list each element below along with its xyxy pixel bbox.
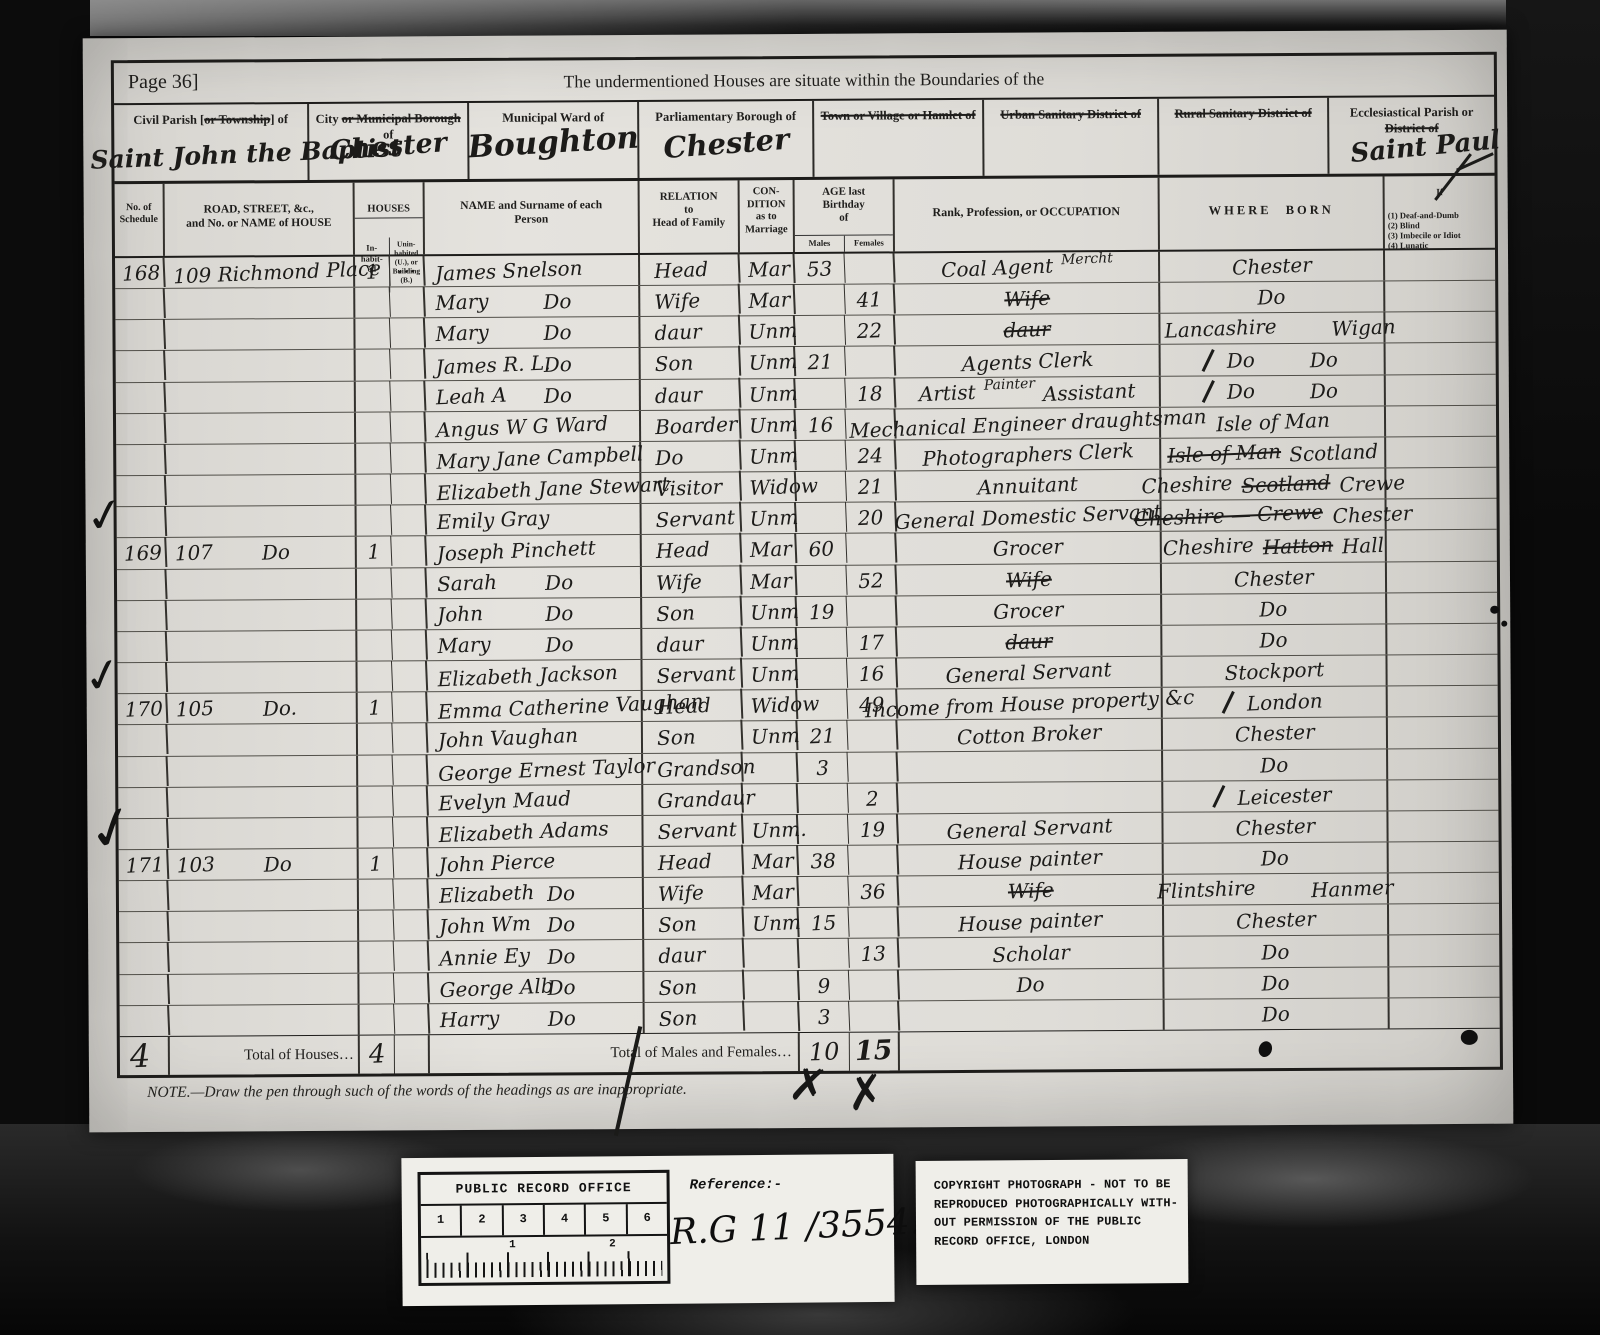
- cell-uninhabited: [391, 505, 427, 537]
- cell-road: [168, 786, 358, 817]
- cell-age-female: 18: [845, 377, 896, 409]
- header-age: AGE last Birthday of Males Females: [795, 179, 895, 252]
- cell-schedule: [118, 880, 169, 912]
- name-text: Mary: [437, 630, 491, 660]
- born-text2: Do: [1260, 750, 1289, 779]
- cell-relation: Son: [644, 969, 745, 1003]
- district-municipal-ward: Municipal Ward of Boughton: [469, 102, 639, 179]
- header-age-label: AGE last Birthday of: [795, 179, 893, 235]
- cell-name: Emily Gray: [427, 504, 642, 535]
- cell-age-male: [796, 440, 847, 472]
- cell-condition: Widow: [741, 471, 797, 503]
- cell-infirmities: [1389, 966, 1499, 997]
- cell-condition: Unm: [742, 720, 798, 752]
- name-ditto: Do: [543, 381, 572, 410]
- cell-name: Mary Jane Campbell: [426, 442, 641, 473]
- name-ditto: Do: [547, 973, 576, 1002]
- cell-infirmities: [1388, 811, 1498, 842]
- census-page: Page 36] The undermentioned Houses are s…: [83, 30, 1514, 1133]
- name-text: Mary: [435, 287, 489, 317]
- cell-infirmities: [1387, 592, 1497, 623]
- cell-road: [169, 880, 359, 911]
- cell-name: Elizabeth Adams: [428, 816, 643, 847]
- cell-road: [166, 444, 356, 475]
- cell-relation: Servant: [643, 813, 744, 847]
- cell-relation: Son: [644, 907, 745, 941]
- cell-condition: Unm: [742, 596, 798, 628]
- cell-schedule: [116, 475, 167, 507]
- cell-age-male: [798, 814, 849, 846]
- cell-name: George Alb Do: [429, 972, 644, 1003]
- cell-road: [167, 506, 357, 537]
- born-text2: Do: [1226, 345, 1255, 374]
- cell-uninhabited: [391, 536, 427, 568]
- cell-uninhabited: [391, 443, 427, 475]
- name-ditto: Do: [545, 630, 574, 659]
- cell-age-female: [848, 907, 899, 939]
- cell-road: [169, 942, 359, 973]
- cell-name: Mary Do: [425, 317, 640, 348]
- cell-relation: Visitor: [641, 471, 742, 505]
- cell-age-male: [797, 689, 848, 721]
- reference-value-handwritten: R.G 11 /3554.: [669, 1201, 922, 1253]
- road-text: 109 Richmond Place: [173, 254, 382, 291]
- cell-uninhabited: [390, 287, 426, 319]
- cell-infirmities: [1385, 312, 1495, 343]
- cell-schedule: [117, 724, 168, 756]
- cell-infirmities: [1388, 779, 1498, 810]
- cell-road: [167, 662, 357, 693]
- district-header-row: Civil Parish [or Township] of Saint John…: [114, 97, 1494, 184]
- name-text: Mary: [435, 318, 489, 348]
- name-text: Joseph Pinchett: [436, 534, 596, 568]
- occupation-text: General Servant: [946, 811, 1113, 846]
- cell-inhabited: [357, 661, 393, 693]
- cell-condition: Mar: [740, 253, 796, 285]
- born-struck: Isle of Man: [1166, 437, 1281, 470]
- cell-schedule: [115, 350, 166, 382]
- cell-born: Do: [1162, 624, 1387, 656]
- road-text: 105: [175, 694, 214, 724]
- cell-road: [166, 475, 356, 506]
- born-text: Cheshire: [1141, 469, 1233, 501]
- cell-inhabited: [355, 318, 391, 350]
- cell-name: Elizabeth Do: [429, 878, 644, 909]
- cell-age-female: 2: [848, 782, 899, 814]
- cell-condition: Unm: [740, 315, 796, 347]
- cell-uninhabited: [392, 661, 428, 693]
- cell-name: Elizabeth Jane Stewart: [426, 473, 641, 504]
- district-town-village: Town or Village or Hamlet of: [814, 100, 984, 177]
- cell-age-female: [847, 595, 898, 627]
- born-text2: Chester: [1231, 251, 1312, 282]
- occupation-struck: Wife: [1005, 564, 1052, 594]
- cell-inhabited: [355, 349, 391, 381]
- cell-uninhabited: [392, 630, 428, 662]
- road-text: 103: [176, 850, 215, 880]
- cell-age-female: [844, 253, 895, 285]
- cell-born: Do: [1162, 593, 1387, 625]
- cell-schedule: [119, 974, 170, 1006]
- cell-age-male: 38: [798, 845, 849, 877]
- cell-infirmities: [1389, 904, 1499, 935]
- cross-mark: ✗: [786, 1056, 831, 1115]
- cell-uninhabited: [393, 754, 429, 786]
- name-ditto: Do: [547, 941, 576, 970]
- cell-age-female: 41: [845, 284, 896, 316]
- cell-occupation: [900, 1000, 1165, 1032]
- cell-age-male: [796, 564, 847, 596]
- born-text2: Do: [1261, 968, 1290, 997]
- page-title: The undermentioned Houses are situate wi…: [114, 66, 1494, 95]
- born-text2: Stockport: [1224, 655, 1325, 687]
- cell-name: Evelyn Maud: [428, 785, 643, 816]
- header-where-born: WHERE BORN: [1160, 176, 1385, 249]
- born-struck: Hatton: [1262, 531, 1333, 562]
- district-label: Civil Parish [or Township] of: [114, 111, 307, 128]
- cell-schedule: 168: [115, 257, 166, 289]
- cell-name: John Vaughan: [428, 722, 643, 753]
- occupation-text: House painter: [958, 905, 1103, 939]
- cell-condition: Mar: [741, 533, 797, 565]
- cell-road: [167, 631, 357, 662]
- cell-name: Joseph Pinchett: [427, 535, 642, 566]
- cell-condition: [744, 970, 800, 1002]
- name-text: Sarah: [436, 567, 497, 597]
- cell-name: Mary Do: [425, 286, 640, 317]
- cell-born: Do: [1160, 282, 1385, 314]
- cell-inhabited: 1: [357, 692, 393, 724]
- born-text2: Leicester: [1237, 780, 1332, 812]
- cell-inhabited: [355, 381, 391, 413]
- cell-condition: Mar: [743, 845, 799, 877]
- born-ditto: Do: [1309, 345, 1338, 374]
- born-struck: Scotland: [1241, 468, 1331, 500]
- name-text: George Ernest Taylor: [438, 751, 656, 788]
- cell-relation: Head: [643, 845, 744, 879]
- cell-born: Chester: [1163, 718, 1388, 750]
- header-road: ROAD, STREET, &c., and No. or NAME of HO…: [165, 183, 355, 256]
- cell-age-male: 21: [797, 720, 848, 752]
- cell-age-male: [799, 938, 850, 970]
- occupation-text: Coal Agent: [940, 252, 1053, 285]
- cell-uninhabited: [394, 1003, 430, 1035]
- inch-number: 1: [509, 1239, 516, 1251]
- cell-age-female: 22: [845, 315, 896, 347]
- cell-uninhabited: [393, 785, 429, 817]
- cell-age-male: 15: [798, 907, 849, 939]
- cell-name: John Do: [427, 598, 642, 629]
- cell-age-male: 3: [798, 751, 849, 783]
- born-text2: Chester: [1235, 811, 1316, 842]
- occupation-text: Scholar: [991, 938, 1070, 969]
- born-text2: Chester: [1235, 905, 1316, 936]
- cell-schedule: [115, 382, 166, 414]
- cell-uninhabited: [392, 598, 428, 630]
- cell-schedule: [115, 288, 166, 320]
- cell-road: [170, 1004, 360, 1035]
- cell-inhabited: [356, 474, 392, 506]
- name-text: John Wm: [439, 909, 532, 941]
- cell-relation: Wife: [641, 564, 742, 598]
- cell-born: Isle of Man Scotland: [1161, 437, 1386, 469]
- born-text2: Hall: [1341, 531, 1384, 561]
- name-ditto: Do: [547, 1004, 576, 1033]
- cell-schedule: [116, 444, 167, 476]
- born-text2: Do: [1226, 376, 1255, 405]
- cell-infirmities: [1389, 873, 1499, 904]
- cell-uninhabited: [393, 879, 429, 911]
- cell-infirmities: [1387, 561, 1497, 592]
- ink-spot: [1490, 606, 1499, 614]
- cell-age-male: 19: [797, 596, 848, 628]
- cell-age-female: [849, 969, 900, 1001]
- cell-age-female: 20: [846, 502, 897, 534]
- name-ditto: Do: [546, 879, 575, 908]
- cell-born: Chester: [1163, 811, 1388, 843]
- occupation-text: General Servant: [946, 655, 1113, 690]
- born-text2: Do: [1257, 283, 1286, 312]
- cell-inhabited: [356, 505, 392, 537]
- cell-inhabited: [358, 754, 394, 786]
- cell-road: [168, 818, 358, 849]
- born-ditto: Do: [1309, 376, 1338, 405]
- born-struck: Cheshire — Crewe: [1134, 498, 1324, 534]
- cell-road: 103 Do: [169, 849, 359, 880]
- occupation-struck: Wife: [1007, 876, 1054, 906]
- cell-age-male: [795, 315, 846, 347]
- cell-relation: Grandaur: [643, 782, 744, 816]
- cell-condition: Unm: [742, 627, 798, 659]
- cell-relation: Son: [642, 595, 743, 629]
- name-text: James R. L.: [435, 348, 551, 381]
- cell-relation: Head: [641, 533, 742, 567]
- cell-born: Do: [1164, 936, 1389, 968]
- table-body: 168 109 Richmond Place 1 ··· James Snels…: [115, 250, 1500, 1036]
- born-text2: Crewe: [1339, 468, 1406, 499]
- cell-inhabited: 1: [358, 848, 394, 880]
- cell-infirmities: [1386, 406, 1496, 437]
- cell-infirmities: [1386, 374, 1496, 405]
- cell-relation: Head: [642, 689, 743, 723]
- cell-road: [165, 288, 355, 319]
- header-condition: CON- DITION as to Marriage: [740, 180, 795, 252]
- name-ditto: Do: [543, 318, 572, 347]
- cell-infirmities: [1389, 842, 1499, 873]
- totals-males-females-label: Total of Males and Females…: [430, 1033, 800, 1073]
- footnote: NOTE.—Draw the pen through such of the w…: [147, 1081, 687, 1102]
- pen-mark: [1221, 691, 1234, 714]
- pen-mark: [1202, 349, 1215, 372]
- road-ditto: Do: [261, 538, 290, 567]
- cell-relation: Boarder: [640, 408, 741, 442]
- name-text: James Snelson: [435, 254, 583, 288]
- cell-name: Sarah Do: [427, 567, 642, 598]
- name-text: Leah A: [435, 380, 507, 411]
- header-infirmities-items: (1) Deaf-and-Dumb (2) Blind (3) Imbecile…: [1388, 210, 1492, 251]
- cell-age-female: 16: [847, 658, 898, 690]
- district-urban-sanitary: Urban Sanitary District of: [984, 99, 1159, 176]
- cell-condition: [744, 1001, 800, 1033]
- cell-uninhabited: [390, 318, 426, 350]
- cell-born: Cheshire — Crewe Chester: [1162, 500, 1387, 532]
- cell-name: Mary Do: [427, 629, 642, 660]
- cell-name: George Ernest Taylor: [428, 753, 643, 784]
- name-text: Evelyn Maud: [438, 784, 572, 817]
- cell-condition: Mar: [743, 876, 799, 908]
- district-label: Urban Sanitary District of: [984, 106, 1157, 123]
- cell-inhabited: [355, 287, 391, 319]
- cell-uninhabited: [392, 692, 428, 724]
- road-text: 107: [174, 538, 213, 568]
- cell-road: [166, 412, 356, 443]
- cell-condition: Unm: [740, 409, 796, 441]
- cell-relation: Do: [641, 440, 742, 474]
- pro-scale-numbers: 1 2 3 4 5 6: [421, 1204, 667, 1238]
- cell-relation: daur: [642, 626, 743, 660]
- cell-uninhabited: [393, 816, 429, 848]
- cell-occupation: General Servant: [897, 657, 1162, 689]
- copyright-text: COPYRIGHT PHOTOGRAPH - NOT TO BE REPRODU…: [934, 1175, 1189, 1251]
- cell-occupation: Photographers Clerk: [896, 439, 1161, 471]
- cell-name: John Wm Do: [429, 909, 644, 940]
- reference-label: Reference:-: [690, 1177, 783, 1194]
- cell-inhabited: 1: [356, 536, 392, 568]
- scale-number: 6: [627, 1204, 667, 1234]
- cell-relation: Head: [640, 253, 741, 287]
- header-relation: RELATION to Head of Family: [640, 180, 740, 253]
- cell-inhabited: [359, 941, 395, 973]
- cell-schedule: [118, 755, 169, 787]
- cell-occupation: daur: [897, 626, 1162, 658]
- cell-relation: Son: [640, 346, 741, 380]
- cell-uninhabited: [393, 910, 429, 942]
- cell-infirmities: [1388, 686, 1498, 717]
- pro-ruler-box: PUBLIC RECORD OFFICE 1 2 3 4 5 6 1 2: [417, 1170, 670, 1286]
- cell-condition: [744, 938, 800, 970]
- born-text2: Do: [1261, 844, 1290, 873]
- scale-number: 2: [462, 1205, 504, 1235]
- cell-inhabited: [358, 786, 394, 818]
- cell-inhabited: 1: [354, 256, 390, 288]
- cell-born: Cheshire Scotland Crewe: [1161, 468, 1386, 500]
- cell-schedule: [115, 319, 166, 351]
- cell-inhabited: [359, 972, 395, 1004]
- district-rural-sanitary: Rural Sanitary District of: [1159, 98, 1329, 175]
- inch-number: 2: [609, 1238, 616, 1250]
- cell-born: Flintshire Hanmer: [1164, 874, 1389, 906]
- name-text: Elizabeth Jackson: [437, 658, 618, 693]
- born-text2: Chester: [1233, 562, 1314, 593]
- road-ditto: Do: [263, 850, 292, 879]
- cell-occupation: Grocer: [897, 532, 1162, 564]
- occupation-text: Do: [1016, 970, 1045, 999]
- cell-name: James Snelson: [425, 255, 640, 286]
- cell-road: [165, 319, 355, 350]
- cell-uninhabited: [390, 349, 426, 381]
- cell-infirmities: [1387, 624, 1497, 655]
- cell-born: Do Do: [1161, 344, 1386, 376]
- cell-uninhabited: [393, 848, 429, 880]
- cell-infirmities: [1388, 748, 1498, 779]
- occupation-text: General Domestic Servant: [894, 497, 1162, 536]
- cell-age-male: 21: [795, 346, 846, 378]
- scale-number: 3: [503, 1205, 545, 1235]
- cell-condition: Mar: [741, 565, 797, 597]
- cell-born: Chester: [1164, 905, 1389, 937]
- cell-road: 105 Do.: [168, 693, 358, 724]
- cell-infirmities: [1389, 935, 1499, 966]
- occupation-text: Annuitant: [977, 470, 1078, 502]
- cell-relation: daur: [640, 315, 741, 349]
- cell-infirmities: [1387, 530, 1497, 561]
- cell-occupation: Annuitant: [896, 470, 1161, 502]
- name-text: Harry: [439, 1004, 500, 1034]
- occupation-struck: daur: [1005, 627, 1053, 657]
- cell-relation: Son: [644, 1000, 745, 1034]
- cell-born: London: [1163, 687, 1388, 719]
- pen-mark: [1202, 380, 1215, 403]
- cell-age-male: [798, 782, 849, 814]
- cell-inhabited: [356, 443, 392, 475]
- cell-age-male: [797, 658, 848, 690]
- cell-name: James R. L. Do: [426, 348, 641, 379]
- cell-road: [169, 973, 359, 1004]
- ink-spot: [1461, 1030, 1478, 1045]
- totals-houses-label: Total of Houses…: [170, 1036, 360, 1075]
- cell-age-male: 60: [796, 533, 847, 565]
- cell-occupation: Coal Agent Mercht: [895, 252, 1160, 284]
- district-label: Rural Sanitary District of: [1159, 105, 1327, 122]
- cell-age-male: [797, 627, 848, 659]
- district-civil-parish: Civil Parish [or Township] of Saint John…: [114, 104, 309, 181]
- cell-infirmities: [1390, 997, 1500, 1028]
- scale-number: 1: [421, 1206, 463, 1236]
- cell-condition: Unm: [742, 658, 798, 690]
- born-text2: Scotland: [1289, 437, 1379, 469]
- cell-name: Angus W G Ward: [426, 411, 641, 442]
- pen-mark: [1213, 785, 1226, 808]
- name-ditto: Do: [544, 568, 573, 597]
- cell-road: 109 Richmond Place: [165, 257, 355, 288]
- cell-born: Do: [1164, 967, 1389, 999]
- cell-uninhabited: [391, 474, 427, 506]
- name-text: Angus W G Ward: [436, 409, 609, 444]
- cell-age-male: [795, 284, 846, 316]
- name-text: George Alb: [439, 971, 554, 1004]
- cell-occupation: Wife: [897, 563, 1162, 595]
- born-text2: Lancashire: [1164, 313, 1277, 346]
- cell-age-female: [848, 844, 899, 876]
- cell-schedule: [117, 631, 168, 663]
- cell-born: Chester: [1160, 250, 1385, 282]
- cell-born: Leicester: [1163, 780, 1388, 812]
- cell-condition: Widow: [742, 689, 798, 721]
- cell-age-male: [796, 471, 847, 503]
- cell-name: John Pierce: [429, 847, 644, 878]
- cell-inhabited: [358, 817, 394, 849]
- district-value-handwritten: Boughton: [467, 124, 640, 162]
- header-infirmities: If (1) Deaf-and-Dumb (2) Blind (3) Imbec…: [1385, 176, 1495, 249]
- cell-infirmities: [1387, 655, 1497, 686]
- name-text: Emily Gray: [436, 504, 550, 537]
- cell-road: [166, 350, 356, 381]
- ruler-ticks: [426, 1261, 662, 1278]
- cell-age-female: 24: [846, 439, 897, 471]
- cell-born: Lancashire Wigan: [1160, 313, 1385, 345]
- born-text2: Do: [1259, 594, 1288, 623]
- cell-age-female: [845, 346, 896, 378]
